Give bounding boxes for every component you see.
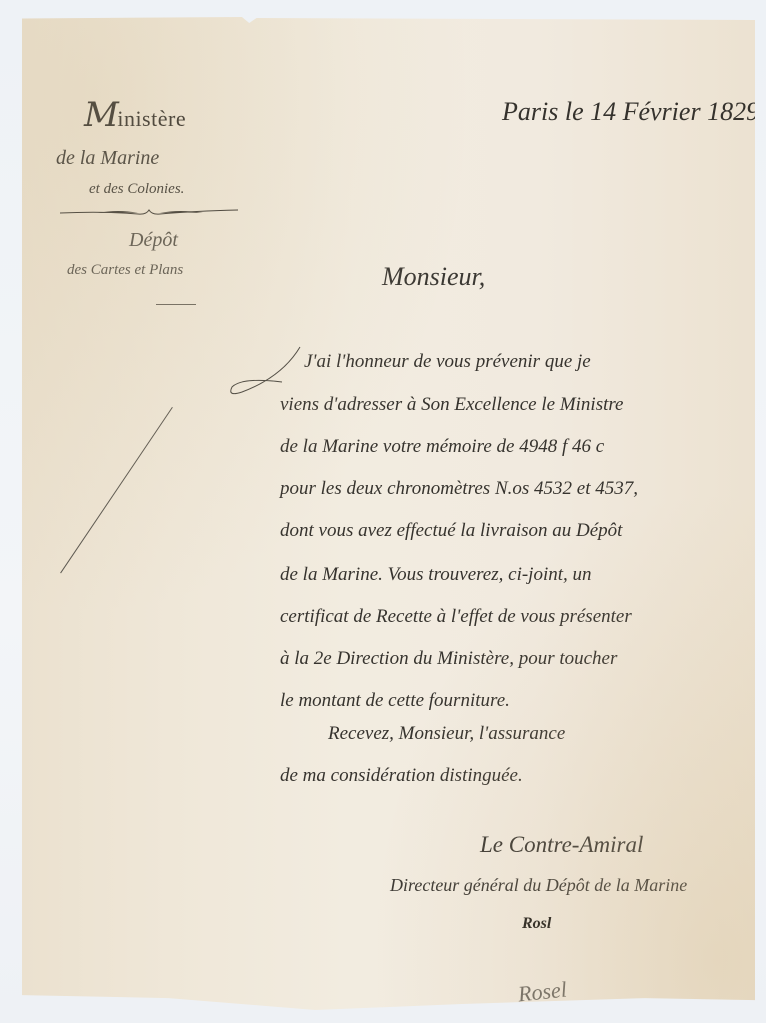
body-line: J'ai l'honneur de vous prévenir que je [304, 351, 591, 373]
pencil-annotation: Rosel [517, 977, 568, 1008]
letterhead-initial: M [84, 95, 119, 135]
letter-page: Ministère de la Marine et des Colonies. … [22, 17, 755, 1010]
body-line: à la 2e Direction du Ministère, pour tou… [280, 648, 617, 670]
closing-line: de ma considération distinguée. [280, 765, 523, 787]
letterhead-flourish-divider [58, 205, 240, 219]
letterhead-ministry: Ministère [84, 95, 186, 135]
body-line: de la Marine. Vous trouverez, ci-joint, … [280, 564, 592, 586]
initial-swirl-flourish [222, 337, 302, 407]
signature-role: Directeur général du Dépôt de la Marine [390, 875, 687, 896]
body-line: pour les deux chronomètres N.os 4532 et … [280, 478, 638, 500]
body-line: viens d'adresser à Son Excellence le Min… [280, 394, 624, 416]
office-depot: Dépôt [129, 229, 178, 252]
date-line: Paris le 14 Février 1829. [502, 97, 766, 127]
office-depot-subtitle: des Cartes et Plans [67, 262, 183, 279]
body-line: dont vous avez effectué la livraison au … [280, 520, 622, 542]
letterhead-marine: de la Marine [56, 147, 159, 170]
letterhead-short-rule [156, 304, 196, 305]
margin-pen-stroke [60, 407, 173, 574]
bottom-ink-loops [82, 997, 382, 1023]
signature-title: Le Contre-Amiral [480, 832, 643, 858]
body-line: de la Marine votre mémoire de 4948 f 46 … [280, 436, 604, 458]
signature-paraph: Rosl [522, 915, 551, 933]
body-line: le montant de cette fourniture. [280, 690, 510, 712]
closing-line: Recevez, Monsieur, l'assurance [328, 723, 565, 745]
letterhead-ministry-rest: inistère [117, 106, 186, 131]
body-line: certificat de Recette à l'effet de vous … [280, 606, 632, 628]
salutation: Monsieur, [382, 262, 485, 292]
letterhead-colonies: et des Colonies. [89, 181, 184, 198]
